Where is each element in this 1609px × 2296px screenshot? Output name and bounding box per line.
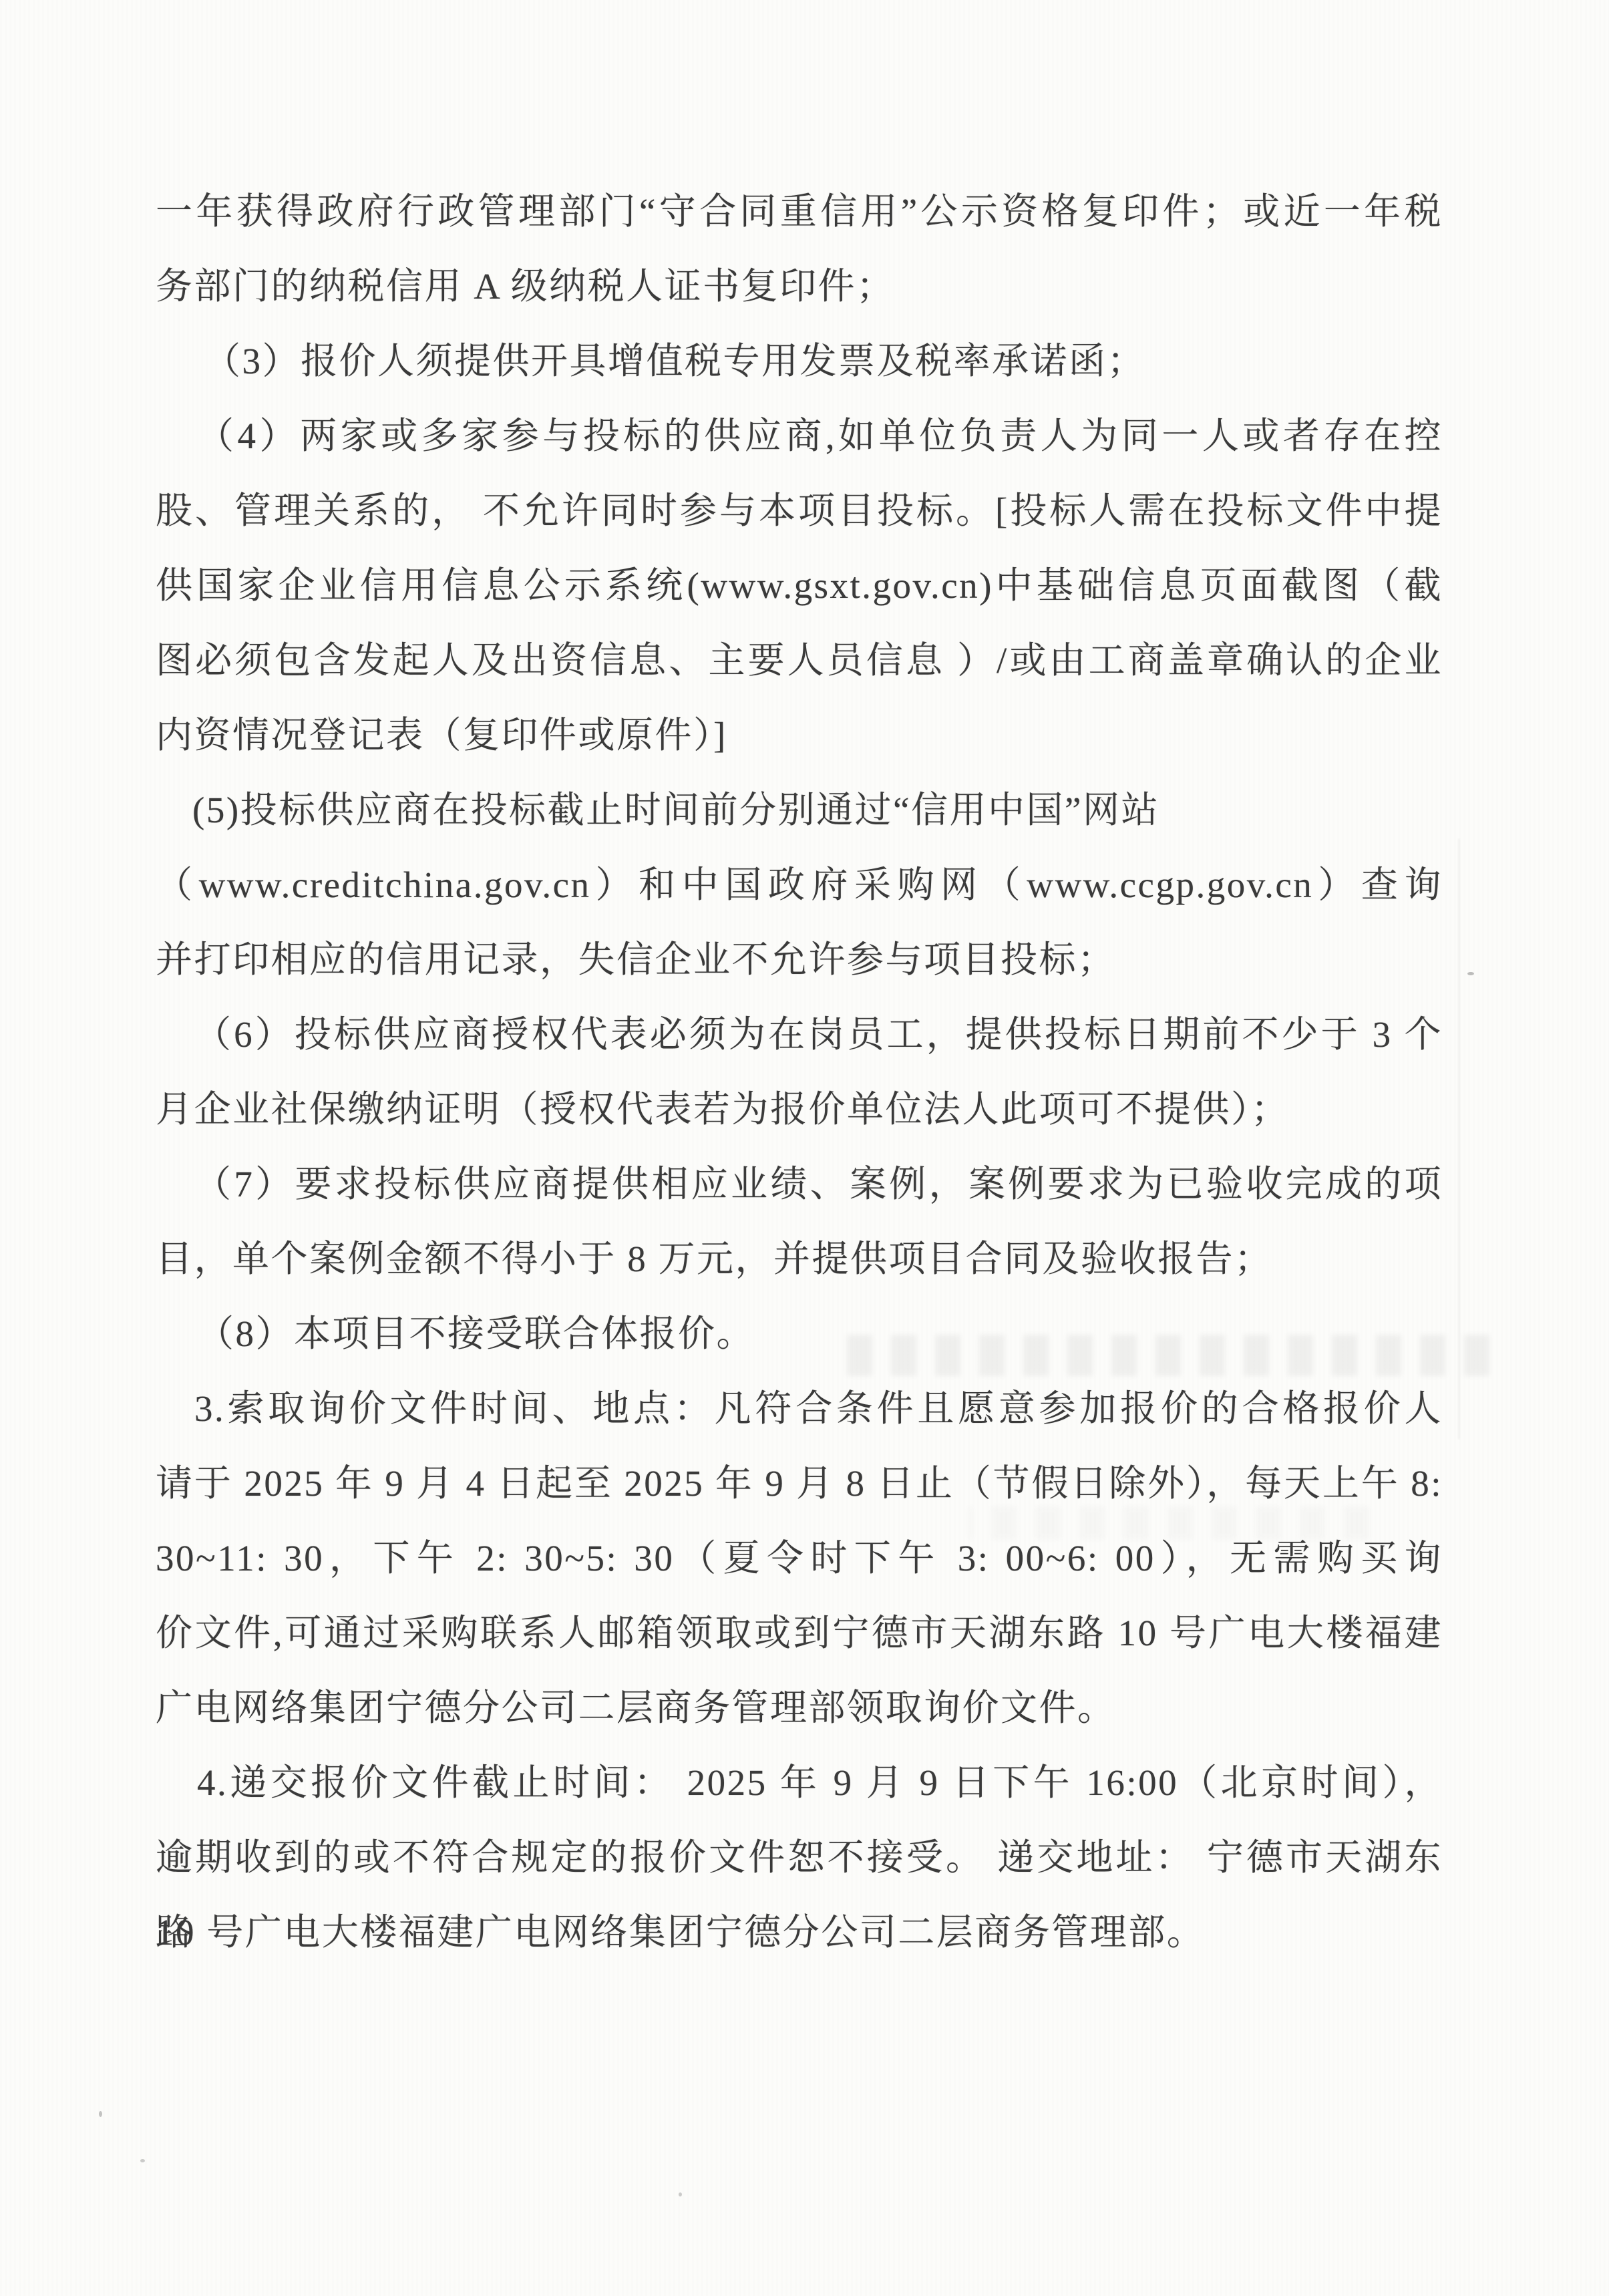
doc-line: 3.索取询价文件时间、地点：凡符合条件且愿意参加报价的合格报价人 xyxy=(156,1371,1443,1446)
doc-line: （7）要求投标供应商提供相应业绩、案例，案例要求为已验收完成的项 xyxy=(156,1147,1443,1222)
doc-line: 股、管理关系的， 不允许同时参与本项目投标。[投标人需在投标文件中提 xyxy=(156,474,1443,548)
doc-line: 请于 2025 年 9 月 4 日起至 2025 年 9 月 8 日止（节假日除… xyxy=(156,1446,1443,1521)
doc-line: （www.creditchina.gov.cn）和中国政府采购网（www.ccg… xyxy=(156,848,1443,923)
scan-speck xyxy=(679,2192,682,2196)
document-page: 一年获得政府行政管理部门“守合同重信用”公示资格复印件；或近一年税务部门的纳税信… xyxy=(0,0,1609,2296)
doc-line: 4.递交报价文件截止时间： 2025 年 9 月 9 日下午 16:00（北京时… xyxy=(156,1746,1443,1820)
doc-line: 30~11: 30，下午 2: 30~5: 30（夏令时下午 3: 00~6: … xyxy=(156,1521,1443,1596)
scan-speck xyxy=(1467,972,1474,975)
doc-line: 图必须包含发起人及出资信息、主要人员信息 ）/或由工商盖章确认的企业 xyxy=(156,623,1443,698)
doc-line: 价文件,可通过采购联系人邮箱领取或到宁德市天湖东路 10 号广电大楼福建 xyxy=(156,1596,1443,1671)
scan-speck xyxy=(99,2111,102,2117)
doc-line: 10 号广电大楼福建广电网络集团宁德分公司二层商务管理部。 xyxy=(156,1895,1443,1970)
doc-line: 广电网络集团宁德分公司二层商务管理部领取询价文件。 xyxy=(156,1671,1443,1746)
doc-line: 月企业社保缴纳证明（授权代表若为报价单位法人此项可不提供）； xyxy=(156,1072,1443,1147)
doc-line: 内资情况登记表（复印件或原件）] xyxy=(156,698,1443,773)
doc-line: （8）本项目不接受联合体报价。 xyxy=(156,1297,1443,1371)
scan-speck xyxy=(140,2159,145,2162)
doc-line: 逾期收到的或不符合规定的报价文件恕不接受。 递交地址： 宁德市天湖东路 xyxy=(156,1820,1443,1895)
doc-line: 目，单个案例金额不得小于 8 万元，并提供项目合同及验收报告； xyxy=(156,1222,1443,1297)
doc-line: （3）报价人须提供开具增值税专用发票及税率承诺函； xyxy=(156,324,1443,399)
doc-line: （6）投标供应商授权代表必须为在岗员工，提供投标日期前不少于 3 个 xyxy=(156,997,1443,1072)
bleedthrough-ghost xyxy=(1458,838,1460,1440)
doc-line: 务部门的纳税信用 A 级纳税人证书复印件； xyxy=(156,249,1443,324)
doc-line: 供国家企业信用信息公示系统(www.gsxt.gov.cn)中基础信息页面截图（… xyxy=(156,548,1443,623)
document-text-block: 一年获得政府行政管理部门“守合同重信用”公示资格复印件；或近一年税务部门的纳税信… xyxy=(156,174,1443,1970)
doc-line: 一年获得政府行政管理部门“守合同重信用”公示资格复印件；或近一年税 xyxy=(156,174,1443,249)
doc-line: 并打印相应的信用记录，失信企业不允许参与项目投标； xyxy=(156,923,1443,997)
doc-line: （4）两家或多家参与投标的供应商,如单位负责人为同一人或者存在控 xyxy=(156,399,1443,474)
doc-line: (5)投标供应商在投标截止时间前分别通过“信用中国”网站 xyxy=(156,773,1443,848)
